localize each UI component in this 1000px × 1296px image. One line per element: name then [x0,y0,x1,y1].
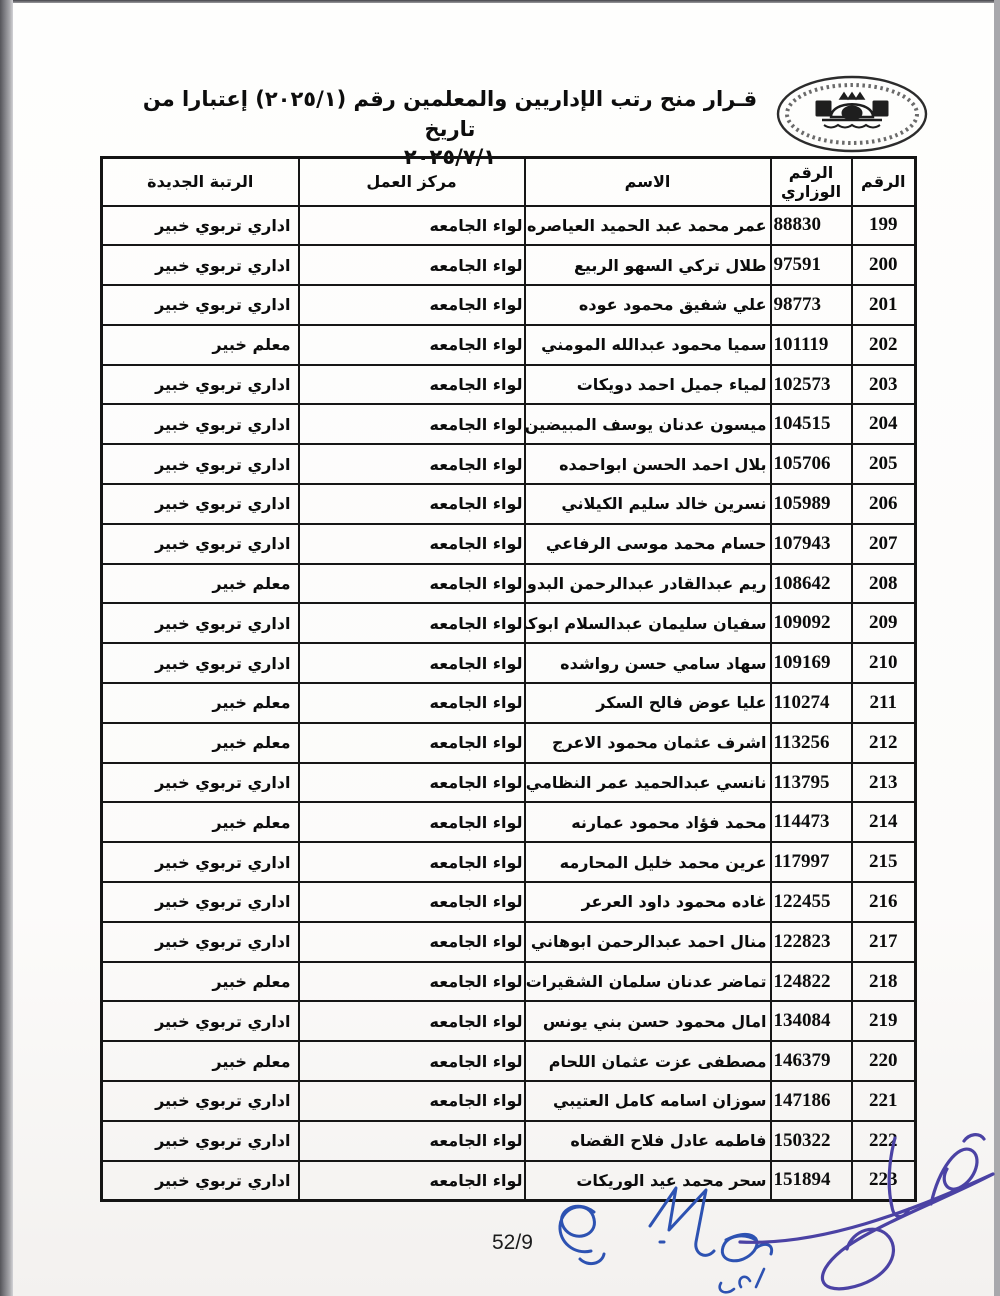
cell-work-center: لواء الجامعه [299,962,525,1002]
cell-ministry-number: 114473 [771,802,852,842]
cell-serial: 203 [852,365,916,405]
cell-serial: 206 [852,484,916,524]
cell-new-rank: اداري تربوي خبير [102,285,299,325]
table-row: 210109169سهاد سامي حسن رواشدهلواء الجامع… [102,643,916,683]
scan-edge-left [0,0,13,1296]
cell-new-rank: معلم خبير [102,1041,299,1081]
cell-ministry-number: 113256 [771,723,852,763]
table-row: 219134084امال محمود حسن بني يونسلواء الج… [102,1001,916,1041]
cell-name: تماضر عدنان سلمان الشقيرات [525,962,771,1002]
cell-new-rank: اداري تربوي خبير [102,245,299,285]
cell-ministry-number: 146379 [771,1041,852,1081]
cell-ministry-number: 98773 [771,285,852,325]
table-row: 20097591طلال تركي السهو الربيعلواء الجام… [102,245,916,285]
table-row: 207107943حسام محمد موسى الرفاعيلواء الجا… [102,524,916,564]
cell-ministry-number: 109169 [771,643,852,683]
cell-new-rank: اداري تربوي خبير [102,643,299,683]
cell-work-center: لواء الجامعه [299,763,525,803]
header-new-rank: الرتبة الجديدة [102,158,299,206]
cell-work-center: لواء الجامعه [299,404,525,444]
cell-new-rank: معلم خبير [102,723,299,763]
cell-work-center: لواء الجامعه [299,1001,525,1041]
cell-serial: 213 [852,763,916,803]
cell-serial: 211 [852,683,916,723]
cell-ministry-number: 113795 [771,763,852,803]
cell-ministry-number: 105706 [771,444,852,484]
table-row: 220146379مصطفى عزت عثمان اللحاملواء الجا… [102,1041,916,1081]
header-serial: الرقم [852,158,916,206]
cell-ministry-number: 97591 [771,245,852,285]
table-row: 205105706بلال احمد الحسن ابواحمدهلواء ال… [102,444,916,484]
cell-name: عمر محمد عبد الحميد العياصره [525,206,771,246]
cell-name: نانسي عبدالحميد عمر النظامي [525,763,771,803]
cell-serial: 221 [852,1081,916,1121]
table-row: 206105989نسرين خالد سليم الكيلانيلواء ال… [102,484,916,524]
cell-work-center: لواء الجامعه [299,603,525,643]
cell-name: سميا محمود عبدالله المومني [525,325,771,365]
cell-new-rank: اداري تربوي خبير [102,882,299,922]
cell-work-center: لواء الجامعه [299,285,525,325]
cell-work-center: لواء الجامعه [299,365,525,405]
table-row: 212113256اشرف عثمان محمود الاعرجلواء الج… [102,723,916,763]
cell-ministry-number: 102573 [771,365,852,405]
cell-ministry-number: 110274 [771,683,852,723]
scanned-page: قـرار منح رتب الإداريين والمعلمين رقم (٢… [0,0,1000,1296]
cell-name: ريم عبدالقادر عبدالرحمن البدوي [525,564,771,604]
cell-name: مصطفى عزت عثمان اللحام [525,1041,771,1081]
cell-serial: 215 [852,842,916,882]
cell-new-rank: اداري تربوي خبير [102,842,299,882]
cell-serial: 217 [852,922,916,962]
cell-new-rank: معلم خبير [102,683,299,723]
table-row: 221147186سوزان اسامه كامل العتيبيلواء ال… [102,1081,916,1121]
cell-name: غاده محمود داود العرعر [525,882,771,922]
cell-work-center: لواء الجامعه [299,325,525,365]
cell-name: ميسون عدنان يوسف المبيضين [525,404,771,444]
cell-ministry-number: 134084 [771,1001,852,1041]
cell-serial: 209 [852,603,916,643]
cell-name: اشرف عثمان محمود الاعرج [525,723,771,763]
cell-serial: 202 [852,325,916,365]
table-row: 214114473محمد فؤاد محمود عمارنهلواء الجا… [102,802,916,842]
cell-new-rank: اداري تربوي خبير [102,763,299,803]
cell-serial: 219 [852,1001,916,1041]
cell-ministry-number: 88830 [771,206,852,246]
cell-new-rank: معلم خبير [102,564,299,604]
table-row: 204104515ميسون عدنان يوسف المبيضينلواء ا… [102,404,916,444]
table-row: 208108642ريم عبدالقادر عبدالرحمن البدويل… [102,564,916,604]
table-row: 20198773علي شفيق محمود عودهلواء الجامعها… [102,285,916,325]
cell-name: محمد فؤاد محمود عمارنه [525,802,771,842]
cell-ministry-number: 122455 [771,882,852,922]
cell-serial: 201 [852,285,916,325]
cell-new-rank: اداري تربوي خبير [102,1001,299,1041]
cell-name: حسام محمد موسى الرفاعي [525,524,771,564]
signature-block [490,1130,1000,1296]
cell-new-rank: اداري تربوي خبير [102,206,299,246]
signature-right [740,1135,993,1289]
cell-serial: 200 [852,245,916,285]
cell-work-center: لواء الجامعه [299,643,525,683]
header-work-center: مركز العمل [299,158,525,206]
cell-new-rank: اداري تربوي خبير [102,1081,299,1121]
table-header-row: الرقم الرقم الوزاري الاسم مركز العمل الر… [102,158,916,206]
cell-new-rank: اداري تربوي خبير [102,365,299,405]
table-row: 209109092سفيان سليمان عبدالسلام ابوكركيل… [102,603,916,643]
cell-serial: 199 [852,206,916,246]
cell-serial: 205 [852,444,916,484]
cell-new-rank: اداري تربوي خبير [102,444,299,484]
header-ministry-number: الرقم الوزاري [771,158,852,206]
cell-work-center: لواء الجامعه [299,484,525,524]
cell-work-center: لواء الجامعه [299,1081,525,1121]
cell-ministry-number: 122823 [771,922,852,962]
cell-serial: 218 [852,962,916,1002]
title-line-1: قـرار منح رتب الإداريين والمعلمين رقم (٢… [128,84,772,144]
cell-name: نسرين خالد سليم الكيلاني [525,484,771,524]
cell-new-rank: اداري تربوي خبير [102,1161,299,1201]
cell-ministry-number: 109092 [771,603,852,643]
cell-serial: 207 [852,524,916,564]
table-row: 19988830عمر محمد عبد الحميد العياصرهلواء… [102,206,916,246]
cell-new-rank: معلم خبير [102,802,299,842]
cell-ministry-number: 124822 [771,962,852,1002]
header-name: الاسم [525,158,771,206]
cell-work-center: لواء الجامعه [299,206,525,246]
scan-edge-top [13,0,1000,3]
cell-new-rank: اداري تربوي خبير [102,404,299,444]
cell-new-rank: اداري تربوي خبير [102,1121,299,1161]
scan-edge-right [994,0,1000,1296]
cell-serial: 204 [852,404,916,444]
cell-ministry-number: 107943 [771,524,852,564]
cell-serial: 208 [852,564,916,604]
table-row: 213113795نانسي عبدالحميد عمر النظاميلواء… [102,763,916,803]
cell-work-center: لواء الجامعه [299,564,525,604]
cell-new-rank: معلم خبير [102,962,299,1002]
cell-new-rank: اداري تربوي خبير [102,603,299,643]
table-row: 203102573لمياء جميل احمد دويكاتلواء الجا… [102,365,916,405]
cell-new-rank: اداري تربوي خبير [102,484,299,524]
cell-new-rank: اداري تربوي خبير [102,524,299,564]
cell-ministry-number: 101119 [771,325,852,365]
table-row: 215117997عرين محمد خليل المحارمهلواء الج… [102,842,916,882]
cell-ministry-number: 117997 [771,842,852,882]
table-row: 202101119سميا محمود عبدالله المومنيلواء … [102,325,916,365]
cell-serial: 214 [852,802,916,842]
cell-work-center: لواء الجامعه [299,1041,525,1081]
cell-name: عليا عوض فالح السكر [525,683,771,723]
table-row: 217122823منال احمد عبدالرحمن ابوهانيلواء… [102,922,916,962]
cell-work-center: لواء الجامعه [299,245,525,285]
cell-work-center: لواء الجامعه [299,842,525,882]
cell-name: منال احمد عبدالرحمن ابوهاني [525,922,771,962]
cell-ministry-number: 104515 [771,404,852,444]
cell-work-center: لواء الجامعه [299,683,525,723]
ministry-seal-icon [770,70,934,158]
signature-note [720,1269,764,1292]
cell-ministry-number: 108642 [771,564,852,604]
cell-work-center: لواء الجامعه [299,524,525,564]
cell-name: علي شفيق محمود عوده [525,285,771,325]
cell-name: عرين محمد خليل المحارمه [525,842,771,882]
cell-serial: 220 [852,1041,916,1081]
cell-serial: 216 [852,882,916,922]
rank-roster-table: الرقم الرقم الوزاري الاسم مركز العمل الر… [100,156,917,1202]
cell-name: بلال احمد الحسن ابواحمده [525,444,771,484]
cell-name: امال محمود حسن بني يونس [525,1001,771,1041]
cell-name: سهاد سامي حسن رواشده [525,643,771,683]
cell-new-rank: اداري تربوي خبير [102,922,299,962]
cell-work-center: لواء الجامعه [299,444,525,484]
cell-name: سوزان اسامه كامل العتيبي [525,1081,771,1121]
cell-new-rank: معلم خبير [102,325,299,365]
cell-ministry-number: 105989 [771,484,852,524]
cell-ministry-number: 147186 [771,1081,852,1121]
cell-work-center: لواء الجامعه [299,882,525,922]
cell-name: طلال تركي السهو الربيع [525,245,771,285]
cell-name: سفيان سليمان عبدالسلام ابوكركي [525,603,771,643]
table-row: 216122455غاده محمود داود العرعرلواء الجا… [102,882,916,922]
cell-serial: 210 [852,643,916,683]
signature-center [560,1188,772,1264]
cell-name: لمياء جميل احمد دويكات [525,365,771,405]
cell-work-center: لواء الجامعه [299,802,525,842]
table-row: 211110274عليا عوض فالح السكرلواء الجامعه… [102,683,916,723]
table-row: 218124822تماضر عدنان سلمان الشقيراتلواء … [102,962,916,1002]
cell-work-center: لواء الجامعه [299,922,525,962]
cell-serial: 212 [852,723,916,763]
cell-work-center: لواء الجامعه [299,723,525,763]
